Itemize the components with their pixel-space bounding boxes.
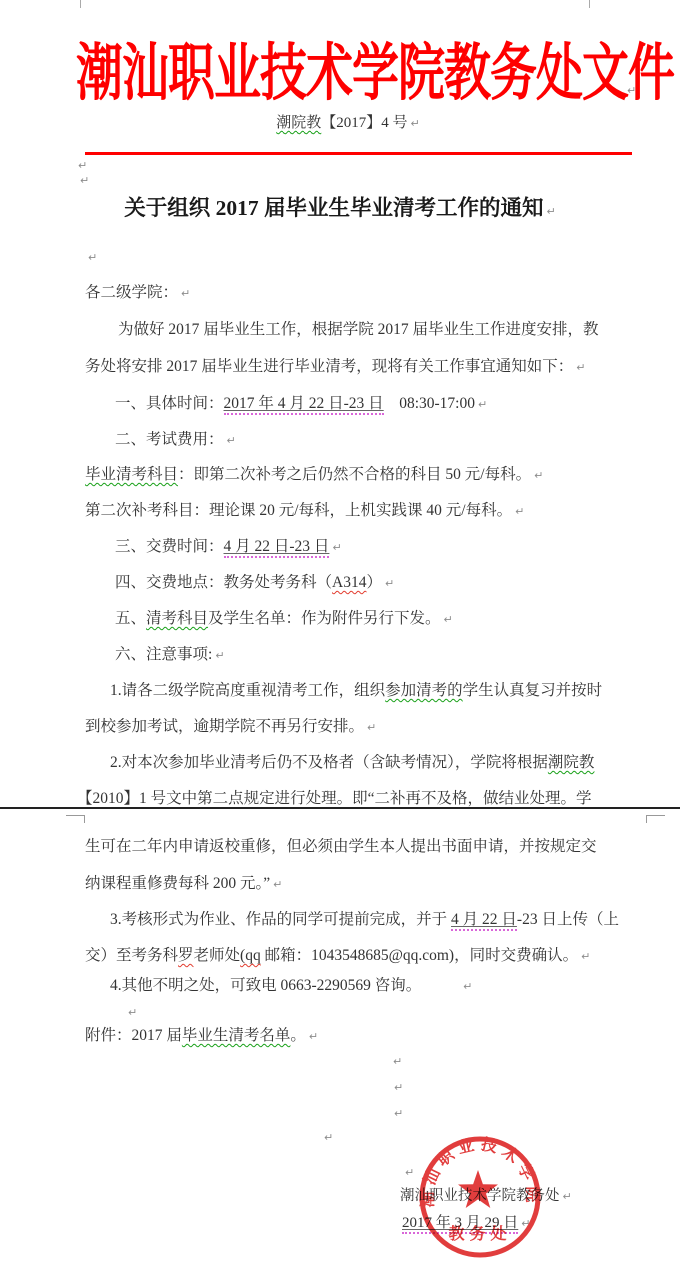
text-segment: 务处将安排 2017 届毕业生进行毕业清考，现将有关工作事宜通知如下： xyxy=(85,358,573,375)
pilcrow-mark: ↵ xyxy=(215,649,224,662)
text-segment: 交）至考务科 xyxy=(85,947,178,964)
text-segment: 学生认真复习并按时 xyxy=(463,682,603,699)
text-segment xyxy=(414,977,461,994)
signature-line: 潮汕职业技术学院教务处↵ xyxy=(400,1184,572,1205)
text-line: ↵ xyxy=(125,1002,137,1023)
text-segment: 五、 xyxy=(115,610,146,627)
text-segment: 三、交费时间： xyxy=(115,538,224,555)
text-line: 附件：2017 届毕业生清考名单。↵ xyxy=(85,1026,318,1047)
text-segment: 毕业清考科目 xyxy=(85,466,178,483)
text-segment: 08:30-17:00 xyxy=(384,395,475,412)
text-line: ↵ xyxy=(324,1127,333,1148)
page-break-line xyxy=(0,807,680,809)
text-line: 二、考试费用：↵ xyxy=(115,430,236,451)
pilcrow-mark: ↵ xyxy=(128,1006,137,1019)
margin-crop-mark xyxy=(589,0,590,8)
text-segment: 生可在二年内申请返校重修，但必须由学生本人提出书面申请，并按规定交 xyxy=(85,838,597,855)
text-segment: 纳课程重修费每科 200 元。” xyxy=(85,875,270,892)
pilcrow-mark: ↵ xyxy=(309,1030,318,1043)
text-segment: 六、注意事项: xyxy=(115,646,212,663)
text-boundary-corner-mark xyxy=(66,815,85,823)
text-line: 各二级学院：↵ xyxy=(85,283,190,304)
text-line: ↵ xyxy=(627,80,636,101)
pilcrow-mark: ↵ xyxy=(411,117,420,130)
text-segment: 【2010】1 号文中第二点规定进行处理。即“二补再不及格，做结业处理。学 xyxy=(77,790,592,807)
text-line: 一、具体时间：2017 年 4 月 22 日-23 日 08:30-17:00↵ xyxy=(115,394,487,415)
pilcrow-mark: ↵ xyxy=(324,1131,333,1144)
pilcrow-mark: ↵ xyxy=(367,721,376,734)
pilcrow-mark: ↵ xyxy=(332,541,341,554)
pilcrow-mark: ↵ xyxy=(394,1081,403,1094)
pilcrow-mark: ↵ xyxy=(227,434,236,447)
text-line: ↵ xyxy=(80,170,89,191)
text-line: 毕业清考科目：即第二次补考之后仍然不合格的科目 50 元/每科。↵ xyxy=(85,465,543,486)
pilcrow-mark: ↵ xyxy=(88,251,97,264)
text-line: 2.对本次参加毕业清考后仍不及格者（含缺考情况），学院将根据潮院教 xyxy=(110,753,594,773)
text-line: 到校参加考试，逾期学院不再另行安排。↵ xyxy=(85,717,376,738)
text-segment: 一、具体时间： xyxy=(115,395,224,412)
pilcrow-mark: ↵ xyxy=(563,1190,572,1203)
text-segment: 潮院教 xyxy=(548,754,595,771)
text-line: ↵ xyxy=(405,1162,414,1183)
text-line: 三、交费时间：4 月 22 日-23 日↵ xyxy=(115,537,342,558)
text-segment: 毕业生清考名单 xyxy=(182,1027,291,1044)
text-segment: 各二级学院： xyxy=(85,284,178,301)
pilcrow-mark: ↵ xyxy=(80,174,89,187)
text-segment: 邮箱：1043548685@qq.com)，同时交费确认。 xyxy=(261,947,578,964)
text-line: 五、清考科目及学生名单：作为附件另行下发。↵ xyxy=(115,609,453,630)
text-segment: 1.请各二级学院高度重视清考工作，组织 xyxy=(110,682,385,699)
text-segment: -23 日上传（上 xyxy=(517,911,619,928)
pilcrow-mark: ↵ xyxy=(273,878,282,891)
red-separator-rule xyxy=(85,152,632,155)
text-line: 四、交费地点：教务处考务科（A314）↵ xyxy=(115,573,394,594)
text-line: ↵ xyxy=(394,1103,403,1124)
text-segment: 2017 年 4 月 22 日-23 日 xyxy=(224,395,384,415)
text-segment: 3.考核形式为作业、作品的同学可提前完成，并于 xyxy=(110,911,451,928)
text-segment: 4.其他不明之处，可致电 0663-2290569 咨询。 xyxy=(110,977,414,994)
text-segment: 为做好 2017 届毕业生工作，根据学院 2017 届毕业生工作进度安排，教 xyxy=(118,321,599,338)
pilcrow-mark: ↵ xyxy=(534,469,543,482)
pilcrow-mark: ↵ xyxy=(547,205,556,218)
date-text: 2017 年 3 月 29 日 xyxy=(402,1215,518,1234)
text-segment: 附件：2017 届 xyxy=(85,1027,182,1044)
text-segment: ） xyxy=(366,574,382,591)
text-segment: 。 xyxy=(290,1027,306,1044)
text-line: 第二次补考科目：理论课 20 元/每科，上机实践课 40 元/每科。↵ xyxy=(85,501,524,522)
text-segment: 罗 xyxy=(178,947,194,964)
text-line: ↵ xyxy=(393,1051,402,1072)
text-line: 3.考核形式为作业、作品的同学可提前完成，并于 4 月 22 日-23 日上传（… xyxy=(110,910,619,930)
doc-number-rest: 【2017】4 号 xyxy=(321,115,407,131)
text-segment: 4 月 22 日-23 日 xyxy=(224,538,330,558)
pilcrow-mark: ↵ xyxy=(627,84,636,97)
text-segment: 四、交费地点：教务处考务科（ xyxy=(115,574,332,591)
notice-title: 关于组织 2017 届毕业生毕业清考工作的通知↵ xyxy=(0,191,680,222)
text-segment: 2.对本次参加毕业清考后仍不及格者（含缺考情况），学院将根据 xyxy=(110,754,548,771)
text-segment: 到校参加考试，逾期学院不再另行安排。 xyxy=(85,718,364,735)
text-line: 六、注意事项:↵ xyxy=(115,645,225,666)
text-line: ↵ xyxy=(88,247,97,268)
pilcrow-mark: ↵ xyxy=(478,398,487,411)
text-segment: (qq xyxy=(240,947,261,964)
pilcrow-mark: ↵ xyxy=(393,1055,402,1068)
doc-number: 潮院教【2017】4 号↵ xyxy=(16,111,680,132)
text-line: 为做好 2017 届毕业生工作，根据学院 2017 届毕业生工作进度安排，教 xyxy=(118,320,599,340)
date-line: 2017 年 3 月 29 日↵ xyxy=(402,1211,530,1232)
notice-title-text: 关于组织 2017 届毕业生毕业清考工作的通知 xyxy=(124,196,543,220)
document-page: 潮汕职业技术学院教务处文件 潮院教【2017】4 号↵ 关于组织 2017 届毕… xyxy=(0,0,680,1265)
org-title: 潮汕职业技术学院教务处文件 xyxy=(70,24,680,112)
pilcrow-mark: ↵ xyxy=(444,613,453,626)
signature-text: 潮汕职业技术学院教务处 xyxy=(400,1188,560,1204)
pilcrow-mark: ↵ xyxy=(521,1217,530,1230)
text-segment: 二、考试费用： xyxy=(115,431,224,448)
text-line: 务处将安排 2017 届毕业生进行毕业清考，现将有关工作事宜通知如下：↵ xyxy=(85,357,585,378)
text-line: 生可在二年内申请返校重修，但必须由学生本人提出书面申请，并按规定交 xyxy=(85,837,597,857)
pilcrow-mark: ↵ xyxy=(576,361,585,374)
pilcrow-mark: ↵ xyxy=(515,505,524,518)
pilcrow-mark: ↵ xyxy=(405,1166,414,1179)
text-line: 纳课程重修费每科 200 元。”↵ xyxy=(85,874,282,895)
text-segment: 及学生名单：作为附件另行下发。 xyxy=(208,610,441,627)
text-line: 【2010】1 号文中第二点规定进行处理。即“二补再不及格，做结业处理。学 xyxy=(77,789,592,809)
text-line: 交）至考务科罗老师处(qq 邮箱：1043548685@qq.com)，同时交费… xyxy=(85,946,590,967)
margin-crop-mark xyxy=(80,0,81,8)
pilcrow-mark: ↵ xyxy=(581,950,590,963)
pilcrow-mark: ↵ xyxy=(385,577,394,590)
text-segment: 第二次补考科目：理论课 20 元/每科，上机实践课 40 元/每科。 xyxy=(85,502,512,519)
text-segment: 参加清考的 xyxy=(385,682,463,699)
text-line: 4.其他不明之处，可致电 0663-2290569 咨询。 ↵ xyxy=(110,976,472,997)
text-line: ↵ xyxy=(394,1077,403,1098)
text-segment: 老师处 xyxy=(194,947,241,964)
doc-number-prefix: 潮院教 xyxy=(276,115,321,131)
text-segment: 清考科目 xyxy=(146,610,208,627)
pilcrow-mark: ↵ xyxy=(181,287,190,300)
pilcrow-mark: ↵ xyxy=(394,1107,403,1120)
text-segment: ：即第二次补考之后仍然不合格的科目 50 元/每科。 xyxy=(178,466,531,483)
text-segment: A314 xyxy=(332,574,366,591)
text-line: 1.请各二级学院高度重视清考工作，组织参加清考的学生认真复习并按时 xyxy=(110,681,602,701)
text-segment: 4 月 22 日 xyxy=(451,911,517,931)
text-boundary-corner-mark xyxy=(646,815,665,823)
pilcrow-mark: ↵ xyxy=(463,980,472,993)
